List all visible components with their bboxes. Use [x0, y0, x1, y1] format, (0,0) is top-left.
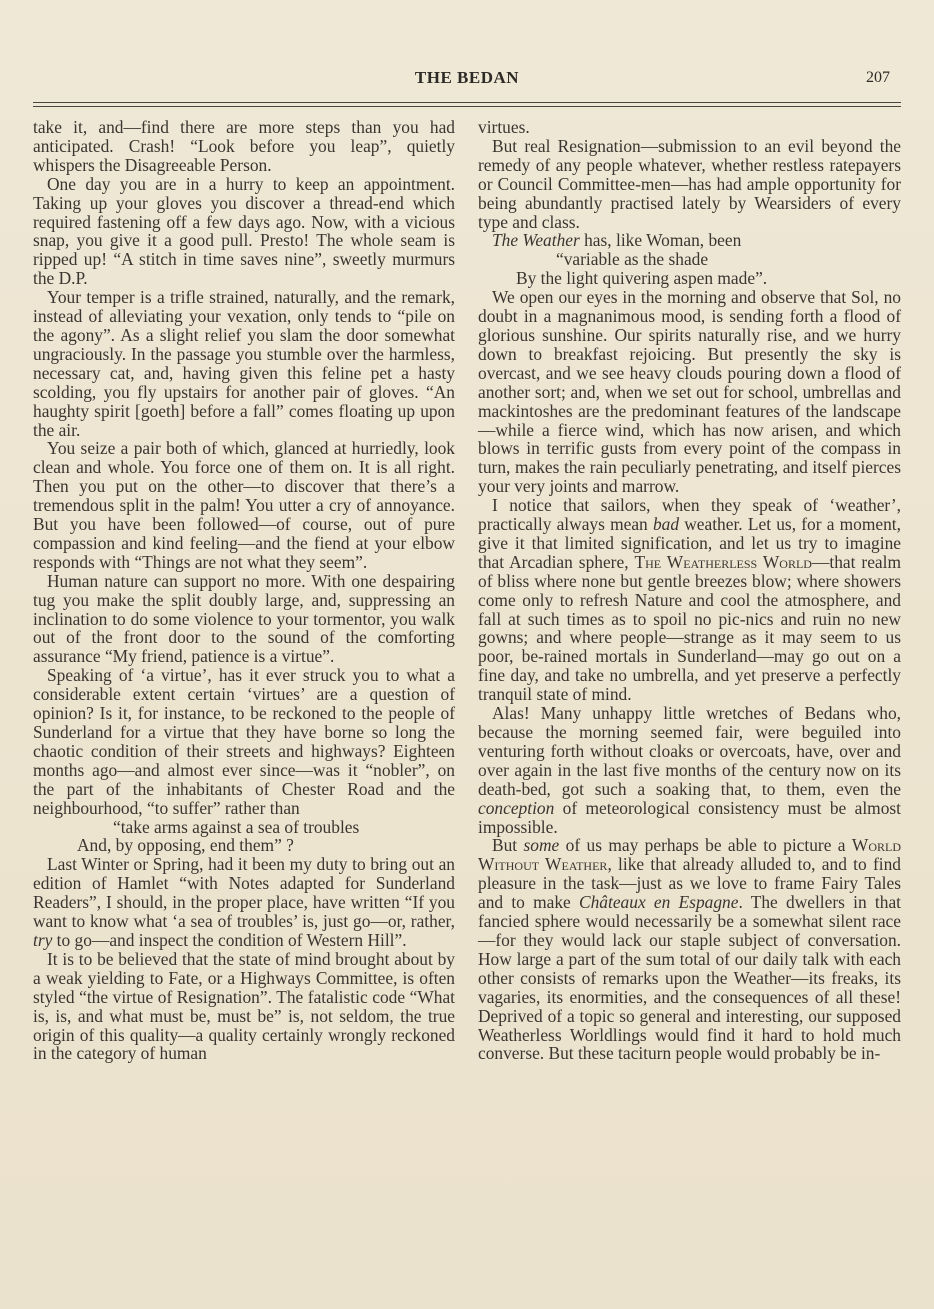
text: has, like Woman, been: [580, 230, 742, 250]
paragraph: One day you are in a hurry to keep an ap…: [33, 175, 455, 288]
header-rule-top: [33, 102, 901, 103]
text: to go—and inspect the condition of Weste…: [52, 930, 406, 950]
paragraph: We open our eyes in the morning and obse…: [478, 288, 901, 496]
header-rule-bottom: [33, 106, 901, 107]
text: —that realm of bliss where none but gent…: [478, 552, 901, 704]
paragraph: take it, and—find there are more steps t…: [33, 118, 455, 175]
paragraph: It is to be believed that the state of m…: [33, 950, 455, 1063]
paragraph: Alas! Many unhappy little wretches of Be…: [478, 704, 901, 836]
italic-text: some: [524, 835, 560, 855]
italic-text: conception: [478, 798, 554, 818]
paragraph: But real Resignation—submission to an ev…: [478, 137, 901, 232]
small-caps-title: The Weatherless World: [635, 552, 812, 572]
page-header: THE BEDAN 207: [0, 68, 934, 92]
italic-text: Châteaux en Espagne: [579, 892, 738, 912]
paragraph: The Weather has, like Woman, been: [478, 231, 901, 250]
paragraph: But some of us may perhaps be able to pi…: [478, 836, 901, 1063]
paragraph: Last Winter or Spring, had it been my du…: [33, 855, 455, 950]
text: of us may perhaps be able to picture a: [559, 835, 852, 855]
italic-text: try: [33, 930, 52, 950]
verse-line: “take arms against a sea of troubles: [33, 818, 455, 837]
verse-line: By the light quivering aspen made”.: [478, 269, 901, 288]
verse-line: And, by opposing, end them” ?: [33, 836, 455, 855]
italic-text: bad: [653, 514, 679, 534]
verse-line: “variable as the shade: [478, 250, 901, 269]
right-column: virtues. But real Resignation—submission…: [478, 118, 901, 1063]
left-column: take it, and—find there are more steps t…: [33, 118, 455, 1063]
document-page: THE BEDAN 207 take it, and—find there ar…: [0, 0, 934, 1309]
text: Last Winter or Spring, had it been my du…: [33, 854, 455, 931]
running-title: THE BEDAN: [0, 68, 934, 88]
paragraph: Speaking of ‘a virtue’, has it ever stru…: [33, 666, 455, 817]
paragraph: Your temper is a trifle strained, natura…: [33, 288, 455, 439]
italic-text: The Weather: [492, 230, 580, 250]
text: Alas! Many unhappy little wretches of Be…: [478, 703, 901, 799]
paragraph: virtues.: [478, 118, 901, 137]
text: But: [492, 835, 524, 855]
page-number: 207: [866, 69, 890, 87]
paragraph: Human nature can support no more. With o…: [33, 572, 455, 667]
text: . The dwellers in that fancied sphere wo…: [478, 892, 901, 1063]
paragraph: You seize a pair both of which, glanced …: [33, 439, 455, 571]
paragraph: I notice that sailors, when they speak o…: [478, 496, 901, 704]
